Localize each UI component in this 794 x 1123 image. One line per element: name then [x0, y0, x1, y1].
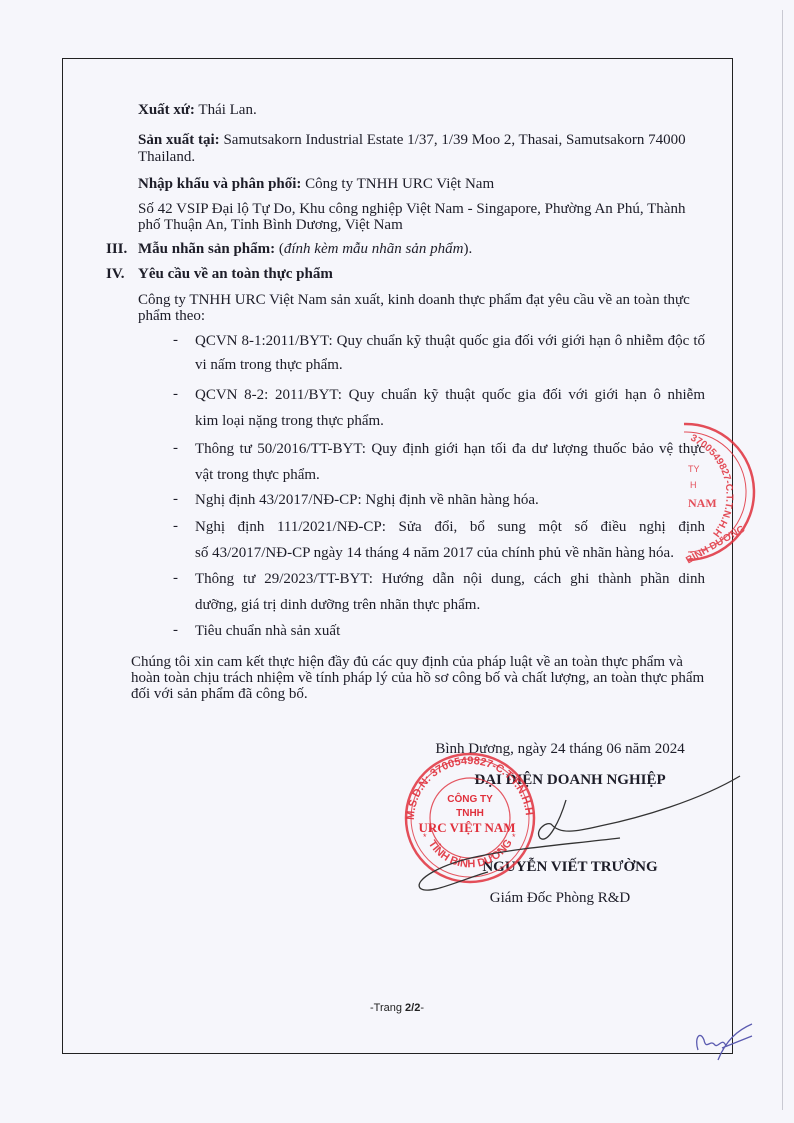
regulation-item-cont: vi nấm trong thực phẩm.	[195, 356, 343, 375]
footer-suffix: -	[420, 1002, 424, 1014]
regulation-item: Thông tư 29/2023/TT-BYT: Hướng dẫn nội d…	[195, 570, 705, 589]
list-bullet: -	[173, 622, 178, 639]
section4-intro-line2: phẩm theo:	[138, 307, 205, 326]
section4-number: IV.	[106, 265, 125, 284]
signatory-name: NGUYỄN VIẾT TRƯỜNG	[420, 859, 720, 876]
scan-edge	[782, 10, 783, 1110]
section3-paren-close: ).	[463, 241, 472, 257]
list-bullet: -	[173, 570, 178, 587]
regulation-item-cont: kim loại nặng trong thực phẩm.	[195, 412, 384, 431]
page-footer: -Trang 2/2-	[0, 1002, 794, 1014]
footer-prefix: -Trang	[370, 1002, 405, 1014]
manufacturer-label: Sản xuất tại:	[138, 132, 220, 148]
regulation-item: Thông tư 50/2016/TT-BYT: Quy định giới h…	[195, 440, 705, 459]
origin-label: Xuất xứ:	[138, 102, 195, 118]
section3-note: đính kèm mẫu nhãn sản phẩm	[284, 241, 464, 257]
list-bullet: -	[173, 518, 178, 535]
regulation-item: Nghị định 43/2017/NĐ-CP: Nghị định về nh…	[195, 491, 539, 510]
list-bullet: -	[173, 440, 178, 457]
importer-address-line2: phố Thuận An, Tỉnh Bình Dương, Việt Nam	[138, 216, 403, 235]
page-number: 2/2	[405, 1002, 420, 1014]
importer-value: Công ty TNHH URC Việt Nam	[301, 176, 494, 192]
section3-row: Mẫu nhãn sản phẩm: (đính kèm mẫu nhãn sả…	[138, 240, 472, 259]
origin-row: Xuất xứ: Thái Lan.	[138, 101, 257, 120]
section3-number: III.	[106, 240, 127, 259]
section3-title: Mẫu nhãn sản phẩm:	[138, 241, 275, 257]
manufacturer-line2: Thailand.	[138, 148, 195, 167]
regulation-item: QCVN 8-2: 2011/BYT: Quy chuẩn kỹ thuật q…	[195, 386, 705, 405]
section4-title: Yêu cầu về an toàn thực phẩm	[138, 265, 333, 284]
origin-value: Thái Lan.	[195, 102, 257, 118]
regulation-item-cont: dưỡng, giá trị dinh dưỡng trên nhãn thực…	[195, 596, 480, 615]
regulation-item-cont: số 43/2017/NĐ-CP ngày 14 tháng 4 năm 201…	[195, 544, 674, 563]
regulation-item: Tiêu chuẩn nhà sản xuất	[195, 622, 340, 641]
list-bullet: -	[173, 491, 178, 508]
manufacturer-line1: Samutsakorn Industrial Estate 1/37, 1/39…	[220, 132, 686, 148]
signatory-role: ĐẠI DIỆN DOANH NGHIỆP	[420, 772, 720, 789]
regulation-item: QCVN 8-1:2011/BYT: Quy chuẩn kỹ thuật qu…	[195, 332, 705, 351]
signatory-title: Giám Đốc Phòng R&D	[410, 890, 710, 907]
importer-label: Nhập khẩu và phân phối:	[138, 176, 301, 192]
list-bullet: -	[173, 332, 178, 349]
commitment-line3: đối với sản phẩm đã công bố.	[131, 685, 308, 704]
regulation-item: Nghị định 111/2021/NĐ-CP: Sửa đổi, bổ su…	[195, 518, 705, 537]
list-bullet: -	[173, 386, 178, 403]
importer-row: Nhập khẩu và phân phối: Công ty TNHH URC…	[138, 175, 494, 194]
section4-intro-line1: Công ty TNHH URC Việt Nam sản xuất, kinh…	[138, 291, 690, 310]
regulation-item-cont: vật trong thực phẩm.	[195, 466, 320, 485]
place-date: Bình Dương, ngày 24 tháng 06 năm 2024	[410, 741, 710, 758]
section3-paren-open: (	[275, 241, 284, 257]
manufacturer-row: Sản xuất tại: Samutsakorn Industrial Est…	[138, 131, 686, 150]
